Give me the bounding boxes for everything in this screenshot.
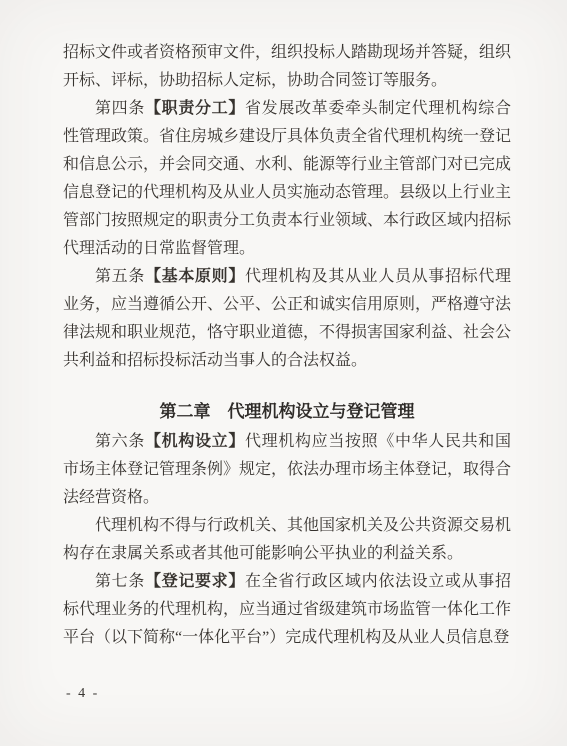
paragraph: 第四条【职责分工】省发展改革委牵头制定代理机构综合性管理政策。省住房城乡建设厅具… (63, 95, 511, 263)
text-segment: 第七条 (95, 573, 145, 590)
article-title-segment: 【基本原则】 (145, 268, 245, 285)
text-segment: 第五条 (95, 268, 145, 285)
article-title-segment: 【机构设立】 (145, 433, 245, 450)
article-title-segment: 【登记要求】 (145, 573, 245, 590)
text-segment: 省发展改革委牵头制定代理机构综合性管理政策。省住房城乡建设厅具体负责全省代理机构… (63, 100, 511, 257)
paragraph: 代理机构不得与行政机关、其他国家机关及公共资源交易机构存在隶属关系或者其他可能影… (63, 512, 511, 568)
chapter-heading: 第二章 代理机构设立与登记管理 (63, 398, 511, 426)
text-segment: 第六条 (95, 433, 145, 450)
document-page: 招标文件或者资格预审文件，组织投标人踏勘现场并答疑，组织开标、评标，协助招标人定… (0, 0, 567, 746)
text-segment: 代理机构不得与行政机关、其他国家机关及公共资源交易机构存在隶属关系或者其他可能影… (63, 517, 511, 562)
page-number: - 4 - (66, 684, 99, 704)
paragraph: 第五条【基本原则】代理机构及其从业人员从事招标代理业务，应当遵循公开、公平、公正… (63, 263, 511, 375)
document-body: 招标文件或者资格预审文件，组织投标人踏勘现场并答疑，组织开标、评标，协助招标人定… (63, 39, 511, 652)
text-segment: 第四条 (95, 100, 145, 117)
paragraph: 招标文件或者资格预审文件，组织投标人踏勘现场并答疑，组织开标、评标，协助招标人定… (63, 39, 511, 95)
article-title-segment: 【职责分工】 (145, 100, 245, 117)
paragraph: 第六条【机构设立】代理机构应当按照《中华人民共和国市场主体登记管理条例》规定，依… (63, 428, 511, 512)
text-segment: 招标文件或者资格预审文件，组织投标人踏勘现场并答疑，组织开标、评标，协助招标人定… (63, 44, 511, 89)
paragraph: 第七条【登记要求】在全省行政区域内依法设立或从事招标代理业务的代理机构，应当通过… (63, 568, 511, 652)
